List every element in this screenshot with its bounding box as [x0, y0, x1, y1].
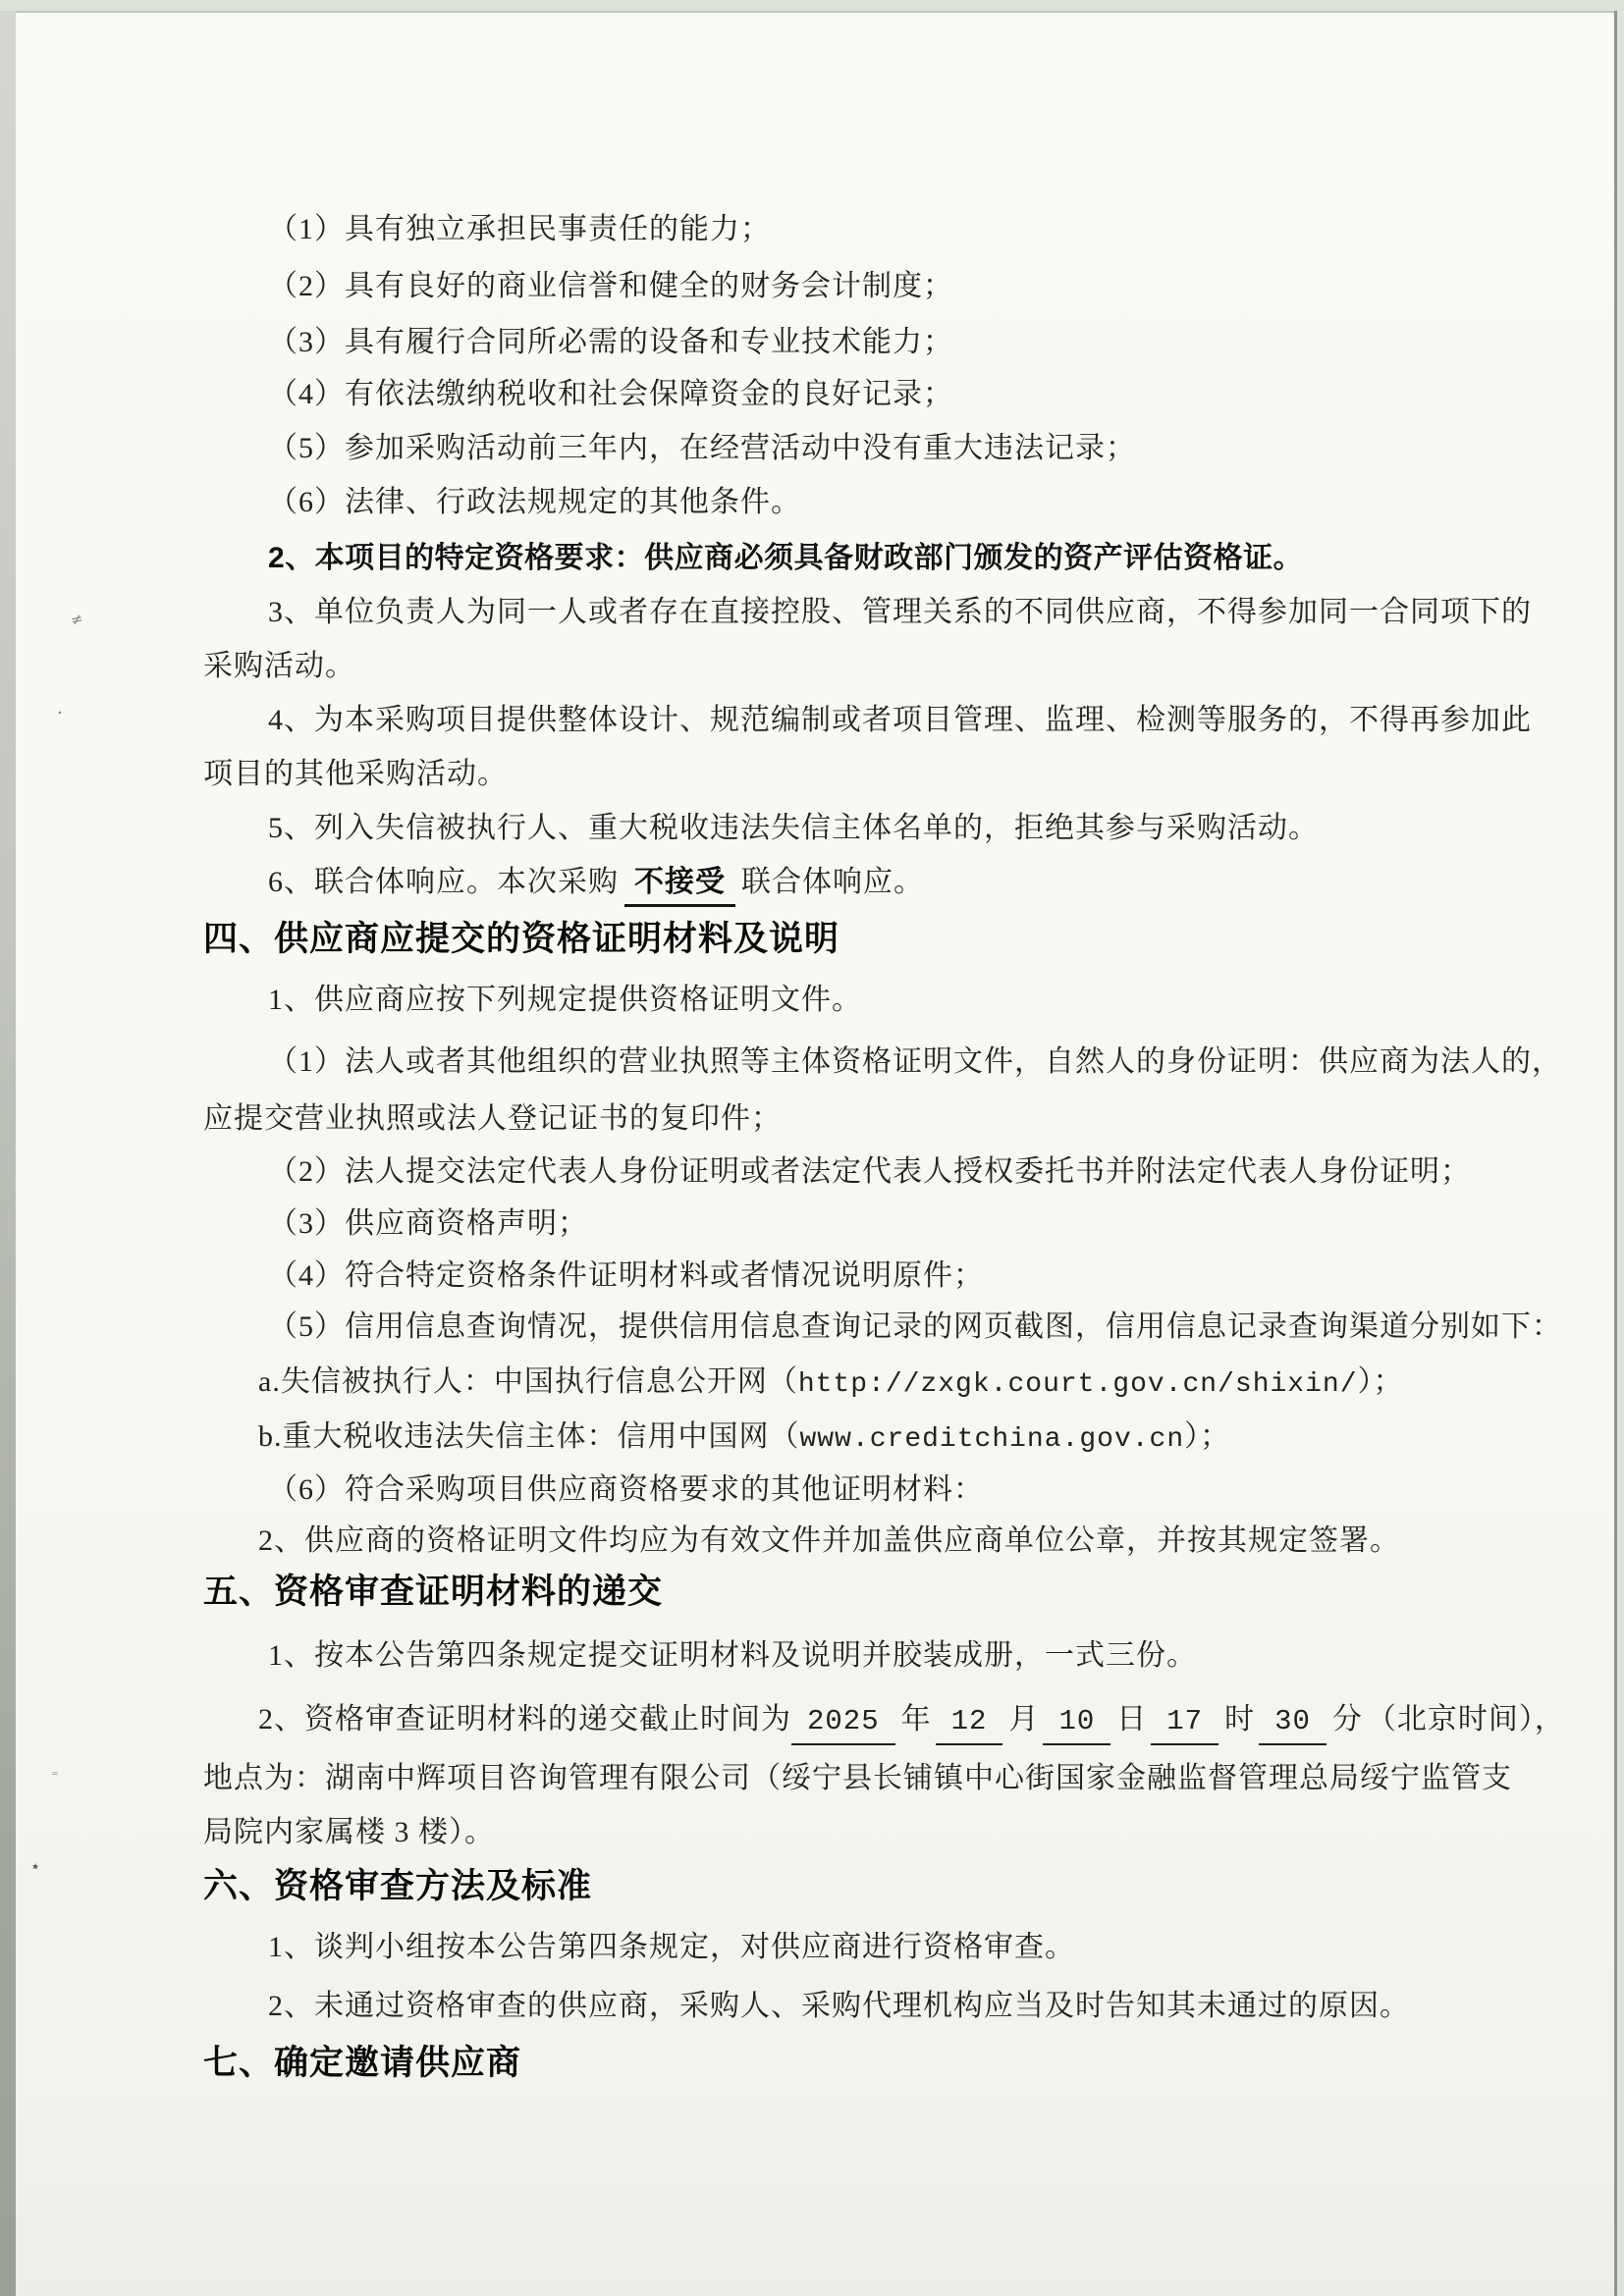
- cert-item-3: （3）供应商资格声明；: [203, 1202, 1624, 1246]
- cert-item-1-line-2: 应提交营业执照或法人登记证书的复印件；: [203, 1097, 1568, 1141]
- not-accepted-emphasis: 不接受: [624, 861, 735, 907]
- address-line-2: 局院内家属楼 3 楼）。: [203, 1811, 1568, 1854]
- deadline-year: 2025: [791, 1700, 895, 1745]
- paragraph-4-line-1: 4、为本采购项目提供整体设计、规范编制或者项目管理、监理、检测等服务的，不得再参…: [203, 699, 1624, 742]
- review-para-2: 2、未通过资格审查的供应商，采购人、采购代理机构应当及时告知其未通过的原因。: [203, 1985, 1624, 2028]
- cert-item-1-line-1: （1）法人或者其他组织的营业执照等主体资格证明文件，自然人的身份证明：供应商为法…: [203, 1041, 1624, 1084]
- review-para-1: 1、谈判小组按本公告第四条规定，对供应商进行资格审查。: [203, 1926, 1624, 1969]
- cert-item-6: （6）符合采购项目供应商资格要求的其他证明材料：: [203, 1468, 1624, 1512]
- credit-channel-a: a.失信被执行人：中国执行信息公开网（http://zxgk.court.gov…: [203, 1361, 1623, 1407]
- qualification-item-1: （1）具有独立承担民事责任的能力；: [203, 208, 1624, 251]
- deadline-month-unit: 月: [1008, 1703, 1039, 1735]
- deadline-prefix: 2、资格审查证明材料的递交截止时间为: [258, 1703, 791, 1735]
- paragraph-3-line-1: 3、单位负责人为同一人或者存在直接控股、管理关系的不同供应商，不得参加同一合同项…: [203, 591, 1624, 634]
- credit-channel-a-url: http://zxgk.court.gov.cn/shixin/: [798, 1369, 1358, 1400]
- section-4-para-2: 2、供应商的资格证明文件均应为有效文件并加盖供应商单位公章，并按其规定签署。: [203, 1520, 1623, 1563]
- deadline-suffix: （北京时间），: [1367, 1703, 1565, 1735]
- paragraph-3-line-2: 采购活动。: [203, 645, 1568, 688]
- section-5-heading: 五、资格审查证明材料的递交: [203, 1571, 1568, 1614]
- deadline-year-unit: 年: [901, 1703, 932, 1735]
- deadline-day: 10: [1043, 1700, 1110, 1745]
- qualification-item-3: （3）具有履行合同所必需的设备和专业技术能力；: [203, 321, 1624, 364]
- scan-edge-top: [0, 0, 1624, 13]
- scan-edge-left: [0, 11, 16, 2296]
- deadline-hour-unit: 时: [1224, 1703, 1255, 1735]
- section-6-heading: 六、资格审查方法及标准: [203, 1865, 1568, 1908]
- deadline-day-unit: 日: [1116, 1703, 1147, 1735]
- cert-item-5: （5）信用信息查询情况，提供信用信息查询记录的网页截图，信用信息记录查询渠道分别…: [203, 1306, 1624, 1349]
- section-4-heading: 四、供应商应提交的资格证明材料及说明: [203, 918, 1568, 961]
- credit-channel-b-suffix: ）；: [1184, 1420, 1230, 1453]
- paragraph-4-line-2: 项目的其他采购活动。: [203, 753, 1568, 796]
- qualification-item-5: （5）参加采购活动前三年内，在经营活动中没有重大违法记录；: [203, 427, 1624, 470]
- scanned-document-page: ≠ · ⁼ ٭ （1）具有独立承担民事责任的能力； （2）具有良好的商业信誉和健…: [0, 0, 1624, 2296]
- cert-item-4: （4）符合特定资格条件证明材料或者情况说明原件；: [203, 1255, 1624, 1298]
- submission-para-1: 1、按本公告第四条规定提交证明材料及说明并胶装成册，一式三份。: [203, 1634, 1624, 1678]
- cert-item-2: （2）法人提交法定代表人身份证明或者法定代表人授权委托书并附法定代表人身份证明；: [203, 1150, 1624, 1194]
- qualification-item-4: （4）有依法缴纳税收和社会保障资金的良好记录；: [203, 373, 1624, 416]
- deadline-hour: 17: [1151, 1700, 1218, 1745]
- credit-channel-a-suffix: ）；: [1358, 1365, 1404, 1398]
- paragraph-6-suffix: 联合体响应。: [741, 866, 924, 898]
- credit-channel-b-label: b.重大税收违法失信主体：信用中国网（: [258, 1420, 800, 1453]
- credit-channel-b: b.重大税收违法失信主体：信用中国网（www.creditchina.gov.c…: [203, 1415, 1623, 1462]
- deadline-minute-unit: 分: [1332, 1703, 1363, 1735]
- deadline-line: 2、资格审查证明材料的递交截止时间为2025年12月10日17时30分（北京时间…: [203, 1698, 1623, 1745]
- credit-channel-b-url: www.creditchina.gov.cn: [800, 1424, 1185, 1455]
- deadline-month: 12: [936, 1700, 1003, 1745]
- margin-mark-3: ⁼: [51, 1767, 59, 1785]
- section-4-para-1: 1、供应商应按下列规定提供资格证明文件。: [203, 979, 1624, 1022]
- address-line-1: 地点为：湖南中辉项目咨询管理有限公司（绥宁县长铺镇中心街国家金融监督管理总局绥宁…: [203, 1757, 1568, 1800]
- paragraph-6: 6、联合体响应。本次采购不接受联合体响应。: [203, 861, 1624, 907]
- specific-qualification-note: 2、本项目的特定资格要求：供应商必须具备财政部门颁发的资产评估资格证。: [203, 537, 1624, 580]
- deadline-minute: 30: [1259, 1700, 1326, 1745]
- section-7-heading: 七、确定邀请供应商: [203, 2042, 1568, 2085]
- qualification-item-2: （2）具有良好的商业信誉和健全的财务会计制度；: [203, 265, 1624, 308]
- credit-channel-a-label: a.失信被执行人：中国执行信息公开网（: [258, 1365, 798, 1398]
- margin-mark-2: ·: [57, 703, 63, 723]
- paragraph-5: 5、列入失信被执行人、重大税收违法失信主体名单的，拒绝其参与采购活动。: [203, 807, 1624, 850]
- paragraph-6-prefix: 6、联合体响应。本次采购: [268, 866, 619, 898]
- qualification-item-6: （6）法律、行政法规规定的其他条件。: [203, 481, 1624, 524]
